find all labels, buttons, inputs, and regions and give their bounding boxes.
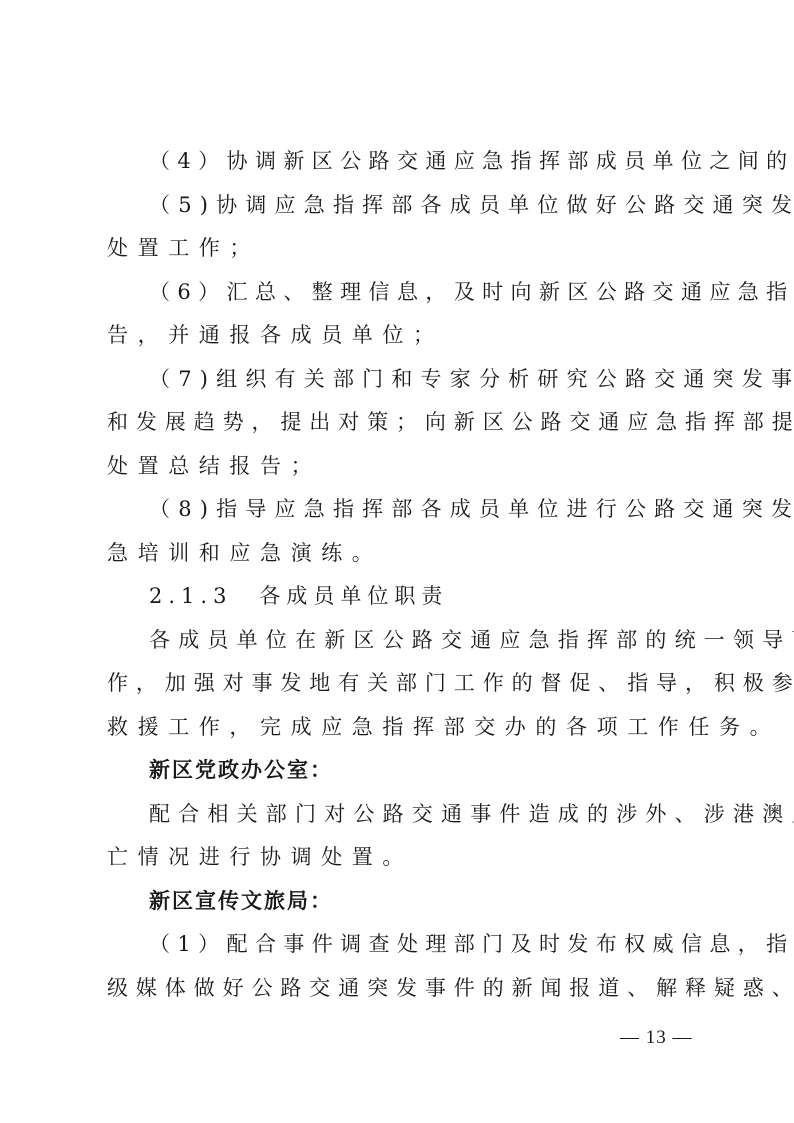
page-number: — 13 — — [620, 1025, 693, 1051]
paragraph-party-office-line-2: 亡情况进行协调处置。 — [107, 842, 699, 872]
paragraph-item-4: （4）协调新区公路交通应急指挥部成员单位之间的工作； — [149, 146, 699, 176]
document-page: （4）协调新区公路交通应急指挥部成员单位之间的工作； （5)协调应急指挥部各成员… — [0, 0, 794, 1123]
paragraph-item-5-line-2: 处置工作； — [107, 233, 699, 263]
subheading-party-office: 新区党政办公室： — [149, 755, 699, 785]
paragraph-item-8-line-2: 急培训和应急演练。 — [107, 538, 699, 568]
paragraph-member-duties-line-2: 作，加强对事发地有关部门工作的督促、指导，积极参与应急 — [107, 668, 699, 698]
paragraph-member-duties-line-1: 各成员单位在新区公路交通应急指挥部的统一领导下工 — [149, 625, 699, 655]
paragraph-item-6-line-1: （6）汇总、整理信息，及时向新区公路交通应急指挥部报 — [149, 277, 699, 307]
paragraph-party-office-line-1: 配合相关部门对公路交通事件造成的涉外、涉港澳人员伤 — [149, 799, 699, 829]
paragraph-item-8-line-1: （8)指导应急指挥部各成员单位进行公路交通突发事件应 — [149, 494, 699, 524]
paragraph-item-7-line-3: 处置总结报告； — [107, 451, 699, 481]
section-heading-2-1-3: 2.1.3 各成员单位职责 — [149, 581, 699, 611]
paragraph-publicity-item-1-line-2: 级媒体做好公路交通突发事件的新闻报道、解释疑惑、澄清事 — [107, 973, 699, 1003]
subheading-publicity-culture-tourism: 新区宣传文旅局： — [149, 886, 699, 916]
paragraph-publicity-item-1-line-1: （1）配合事件调查处理部门及时发布权威信息，指导新区 — [149, 929, 699, 959]
paragraph-item-7-line-2: 和发展趋势，提出对策；向新区公路交通应急指挥部提交应急 — [107, 407, 699, 437]
paragraph-item-5-line-1: （5)协调应急指挥部各成员单位做好公路交通突发事件的 — [149, 190, 699, 220]
paragraph-item-6-line-2: 告，并通报各成员单位； — [107, 320, 699, 350]
paragraph-member-duties-line-3: 救援工作，完成应急指挥部交办的各项工作任务。 — [107, 712, 699, 742]
paragraph-item-7-line-1: （7)组织有关部门和专家分析研究公路交通突发事件情况 — [149, 364, 699, 394]
